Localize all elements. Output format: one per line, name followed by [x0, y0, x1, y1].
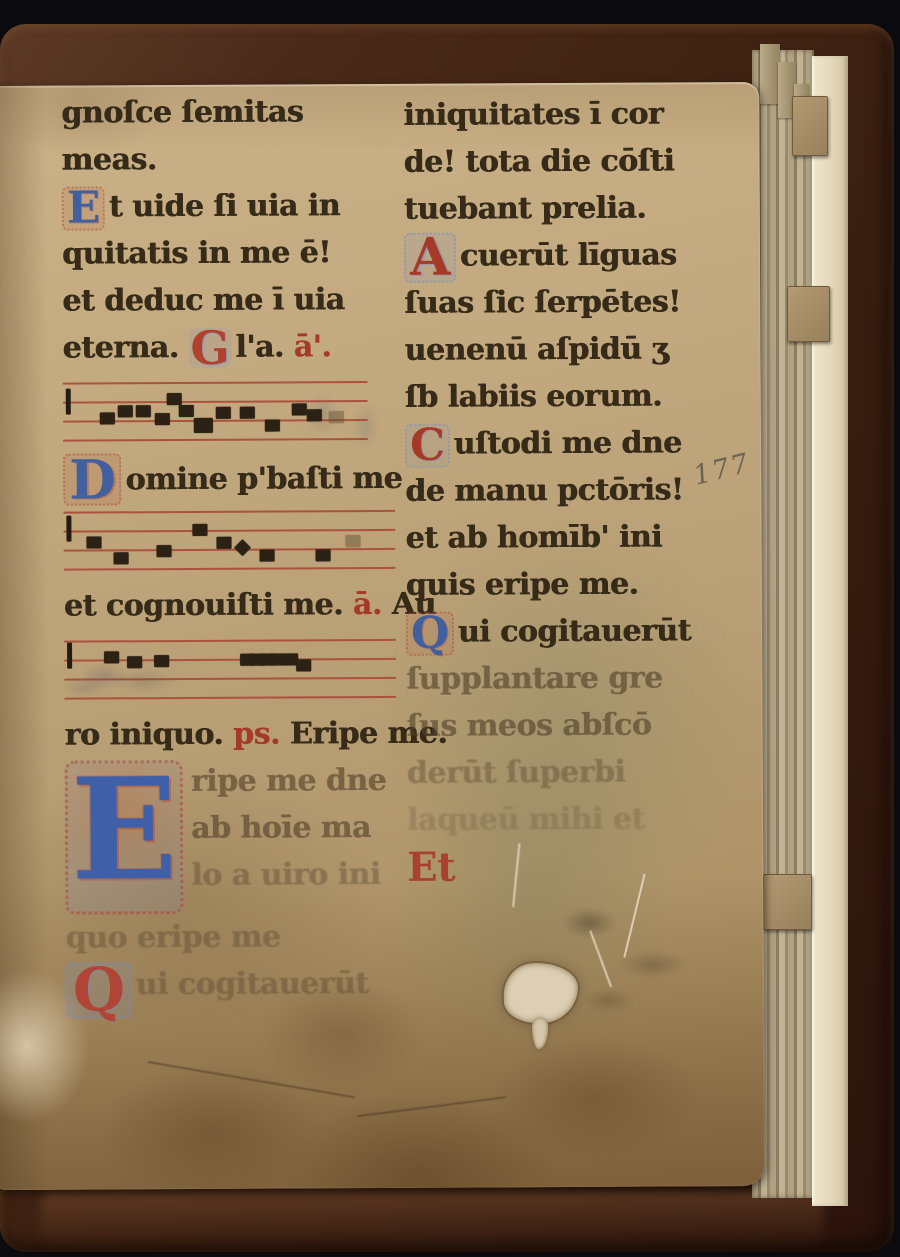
leather-tab	[792, 96, 828, 156]
neume	[259, 550, 274, 562]
decorated-initial: Et	[407, 849, 455, 887]
text-segment: iniquitates ī cor	[403, 97, 663, 133]
text-segment: ā'.	[294, 329, 332, 364]
neume	[307, 409, 322, 421]
text-segment: ripe me dne	[191, 763, 387, 799]
neume	[316, 549, 331, 561]
decorated-initial: Q	[66, 962, 132, 1018]
manuscript-text-line: ſupplantare gre	[406, 654, 740, 703]
text-segment: ab hoīe ma	[191, 810, 371, 846]
manuscript-text-line: ſb labiis eorum.	[405, 372, 739, 421]
neume	[113, 552, 128, 564]
neume	[240, 407, 255, 419]
text-lines-beside-initial: ripe me dneab hoīe malo a uiro ini	[191, 757, 398, 899]
neume	[156, 545, 171, 557]
manuscript-text-line: Acuerūt līguas	[404, 231, 738, 280]
text-segment: cuerūt līguas	[460, 237, 677, 273]
stave-line	[64, 567, 396, 571]
page-stack-step	[760, 44, 780, 104]
manuscript-text-line: laqueū mihi et	[407, 795, 741, 844]
neume	[154, 655, 169, 667]
left-text-column: gnoſce ſemitasmeas.Et uide ſi uia inquit…	[61, 88, 398, 1009]
text-segment: gnoſce ſemitas	[61, 94, 303, 130]
text-segment: ſus meos abſcō	[406, 708, 651, 744]
text-segment: uenenū aſpidū ʒ	[404, 331, 668, 367]
decorated-initial: Q	[406, 612, 454, 656]
neume	[297, 659, 312, 671]
text-segment: t uide ſi uia in	[109, 188, 340, 224]
neume	[216, 537, 231, 549]
neume	[193, 524, 208, 536]
custos-tick	[66, 389, 71, 415]
manuscript-text-line: Domine p'baſti me	[63, 452, 395, 501]
text-segment: ps.	[233, 717, 280, 752]
text-segment: de manu pctōris!	[405, 472, 683, 508]
custos-tick	[67, 643, 72, 669]
text-segment: quitatis in me ē!	[62, 235, 331, 271]
manuscript-text-line: uenenū aſpidū ʒ	[404, 325, 738, 374]
neume	[127, 656, 142, 668]
neume	[87, 536, 102, 548]
bleedthrough-stain	[64, 639, 396, 701]
neume	[346, 535, 361, 547]
neume	[216, 407, 231, 419]
text-segment: laqueū mihi et	[407, 802, 645, 838]
manuscript-text-line: de! tota die cōſti	[403, 137, 737, 186]
manuscript-text-line: ripe me dne	[191, 757, 397, 805]
stave-line	[63, 510, 395, 514]
text-segment: quis eripe me.	[406, 567, 639, 603]
manuscript-text-line: et ab homīb' ini	[405, 513, 739, 562]
manuscript-photo: gnoſce ſemitasmeas.Et uide ſi uia inquit…	[0, 0, 900, 1257]
manuscript-text-line: quis eripe me.	[406, 560, 740, 609]
music-stave	[63, 510, 395, 572]
right-text-column: iniquitates ī corde! tota die cōſtitueba…	[403, 90, 741, 891]
manuscript-text-line: ſuas ſic ſerpētes!	[404, 278, 738, 327]
parchment-page: gnoſce ſemitasmeas.Et uide ſi uia inquit…	[0, 82, 765, 1190]
manuscript-text-line: derūt ſuperbi	[407, 748, 741, 797]
text-segment: ā.	[343, 587, 382, 622]
manuscript-text-line: Qui cogitauerūt	[406, 607, 740, 656]
text-segment: et ab homīb' ini	[405, 520, 662, 556]
crack-line	[357, 1096, 506, 1117]
manuscript-text-line: quo eripe me	[65, 913, 397, 962]
decorated-initial-block: Eripe me dneab hoīe malo a uiro ini	[65, 757, 398, 915]
neume	[179, 405, 194, 417]
decorated-initial: A	[404, 233, 456, 283]
decorated-initial: C	[405, 424, 450, 468]
manuscript-text-line: meas.	[61, 135, 393, 184]
neume	[264, 420, 279, 432]
text-segment: ſb labiis eorum.	[405, 379, 662, 415]
manuscript-text-line: quitatis in me ē!	[62, 229, 394, 278]
manuscript-text-line: Qui cogitauerūt	[66, 960, 398, 1009]
manuscript-text-line: lo a uiro ini	[191, 851, 397, 899]
decorated-initial-large: E	[65, 760, 184, 915]
text-segment: eterna.	[62, 330, 188, 366]
decorated-initial: G	[188, 328, 231, 368]
neume	[154, 413, 169, 425]
manuscript-text-line: eterna. Gl'a. ā'.	[62, 323, 394, 372]
manuscript-text-line: iniquitates ī cor	[403, 90, 737, 139]
manuscript-text-line: ſus meos abſcō	[406, 701, 740, 750]
text-segment: omine p'baſti me	[125, 461, 402, 497]
music-stave	[63, 381, 369, 443]
neume	[99, 412, 114, 424]
stave-line	[63, 381, 368, 385]
text-segment: ui cogitauerūt	[458, 613, 691, 649]
manuscript-text-line: et cognouiſti me. ā. Au	[64, 581, 396, 630]
neume	[104, 651, 119, 663]
text-segment: uſtodi me dne	[453, 425, 681, 461]
manuscript-text-line: Cuſtodi me dne	[405, 419, 739, 468]
manuscript-text-line: tuebant prelia.	[404, 184, 738, 233]
manuscript-text-line: et deduc me ī uia	[62, 276, 394, 325]
text-segment: et deduc me ī uia	[62, 282, 344, 318]
flyleaf-edge	[812, 56, 848, 1206]
stave-line	[63, 438, 368, 442]
text-segment: l'a.	[235, 329, 294, 364]
manuscript-text-line: de manu pctōris!	[405, 466, 739, 515]
neume	[234, 539, 251, 556]
neume	[136, 405, 151, 417]
text-segment: ſupplantare gre	[406, 661, 663, 697]
manuscript-text-line: ab hoīe ma	[191, 804, 397, 852]
neume	[292, 403, 307, 415]
decorated-initial: D	[63, 453, 122, 505]
manuscript-text-line: gnoſce ſemitas	[61, 88, 393, 137]
text-segment: ui cogitauerūt	[135, 966, 368, 1002]
custos-tick	[67, 516, 72, 542]
leather-tab	[787, 286, 830, 342]
text-segment: lo a uiro ini	[191, 857, 380, 893]
manuscript-text-line: Et uide ſi uia in	[62, 182, 394, 231]
neume	[118, 405, 133, 417]
stave-line	[63, 529, 395, 533]
music-stave	[64, 639, 396, 701]
text-segment: meas.	[61, 142, 156, 177]
manuscript-text-line: Et	[407, 842, 741, 891]
text-segment: tuebant prelia.	[404, 191, 647, 227]
text-segment: de! tota die cōſti	[403, 143, 674, 179]
neume	[329, 411, 344, 423]
neume	[194, 418, 213, 433]
crack-line	[148, 1061, 355, 1098]
decorated-initial: E	[62, 186, 105, 230]
text-segment: derūt ſuperbi	[407, 755, 626, 791]
text-segment: quo eripe me	[65, 920, 280, 956]
stave-line	[63, 400, 368, 404]
leather-tab	[763, 874, 812, 930]
neume	[167, 393, 182, 405]
text-segment: ſuas ſic ſerpētes!	[404, 284, 681, 320]
parchment-hole-small	[532, 1017, 548, 1049]
text-segment: et cognouiſti me.	[64, 587, 343, 623]
